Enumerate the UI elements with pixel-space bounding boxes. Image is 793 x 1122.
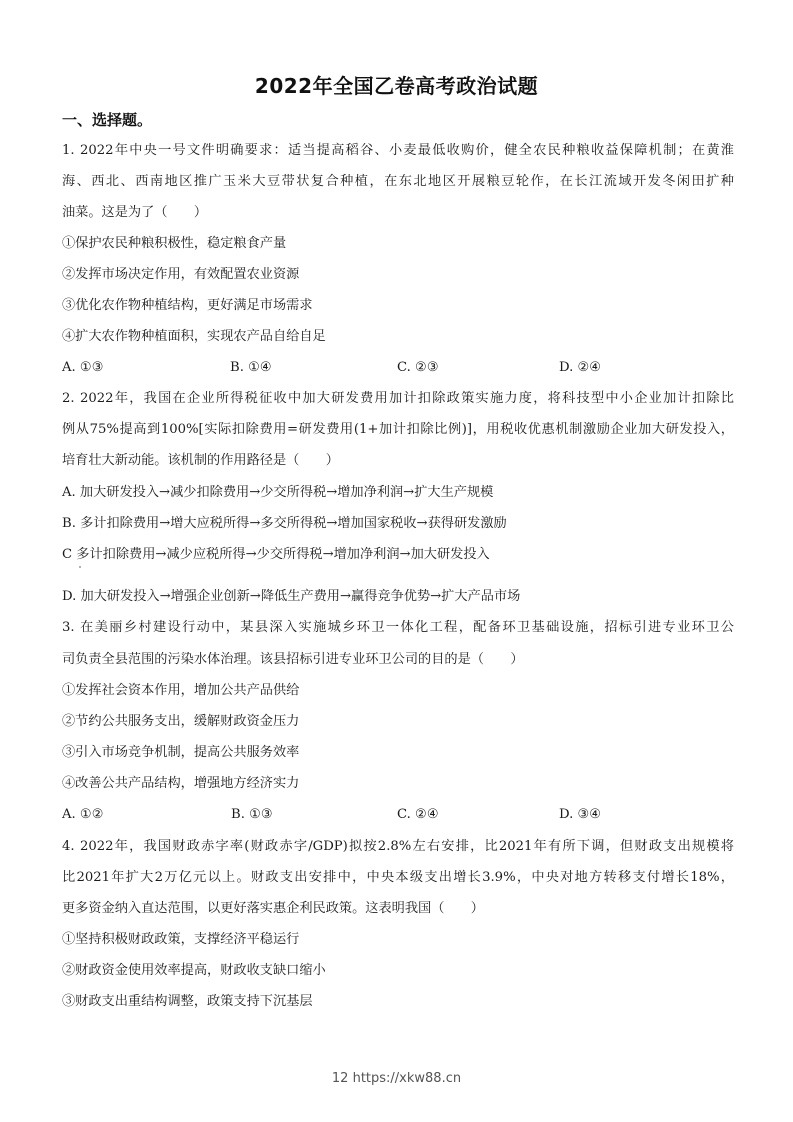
answer-options: A. ①② B. ①③ C. ②④ D. ③④ bbox=[62, 806, 734, 824]
option-c[interactable]: C. ②④ bbox=[397, 806, 439, 824]
option-d[interactable]: D. 加大研发投入→增强企业创新→降低生产费用→赢得竞争优势→扩大产品市场 bbox=[62, 588, 734, 606]
statement-1: ①发挥社会资本作用，增加公共产品供给 bbox=[62, 682, 734, 700]
question-stem-line: 例从75%提高到100%[实际扣除费用=研发费用(1+加计扣除比例)]，用税收优… bbox=[62, 421, 734, 439]
section-heading: 一、选择题。 bbox=[62, 109, 152, 130]
statement-4: ④改善公共产品结构，增强地方经济实力 bbox=[62, 775, 734, 793]
option-c[interactable]: C. ②③ bbox=[397, 359, 439, 377]
option-b[interactable]: B. 多计扣除费用→增大应税所得→多交所得税→增加国家税收→获得研发激励 bbox=[62, 515, 734, 533]
option-d[interactable]: D. ③④ bbox=[559, 806, 601, 824]
statement-3: ③优化农作物种植结构，更好满足市场需求 bbox=[62, 297, 734, 315]
statement-3: ③引入市场竞争机制，提高公共服务效率 bbox=[62, 744, 734, 762]
footer-text: 12 https://xkw88.cn bbox=[332, 1071, 461, 1086]
option-c[interactable]: C 多计扣除费用→减少应税所得→少交所得税→增加净利润→加大研发投入 bbox=[62, 546, 734, 564]
option-a[interactable]: A. ①② bbox=[62, 806, 104, 824]
statement-1: ①坚持积极财政政策，支撑经济平稳运行 bbox=[62, 931, 734, 949]
page-footer: 12 https://xkw88.cn bbox=[0, 1071, 793, 1086]
question-stem-line: 海、西北、西南地区推广玉米大豆带状复合种植，在东北地区开展粮豆轮作，在长江流域开… bbox=[62, 173, 734, 191]
question-stem-line: 1. 2022年中央一号文件明确要求：适当提高稻谷、小麦最低收购价，健全农民种粮… bbox=[62, 142, 734, 160]
answer-options: A. ①③ B. ①④ C. ②③ D. ②④ bbox=[62, 359, 734, 377]
option-a[interactable]: A. 加大研发投入→减少扣除费用→少交所得税→增加净利润→扩大生产规模 bbox=[62, 484, 734, 502]
question-stem-line: 培育壮大新动能。该机制的作用路径是（ ） bbox=[62, 452, 734, 470]
question-stem-line: 4. 2022年，我国财政赤字率(财政赤字/GDP)拟按2.8%左右安排，比20… bbox=[62, 838, 734, 856]
statement-4: ④扩大农作物种植面积，实现农产品自给自足 bbox=[62, 328, 734, 346]
question-stem-line: 油菜。这是为了（ ） bbox=[62, 204, 734, 222]
option-d[interactable]: D. ②④ bbox=[559, 359, 601, 377]
statement-2: ②节约公共服务支出，缓解财政资金压力 bbox=[62, 713, 734, 731]
question-stem-line: 2. 2022年，我国在企业所得税征收中加大研发费用加计扣除政策实施力度，将科技… bbox=[62, 390, 734, 408]
option-b[interactable]: B. ①③ bbox=[231, 806, 273, 824]
statement-2: ②发挥市场决定作用，有效配置农业资源 bbox=[62, 266, 734, 284]
question-stem-line: 比2021年扩大2万亿元以上。财政支出安排中，中央本级支出增长3.9%，中央对地… bbox=[62, 869, 734, 887]
exam-page: 2022年全国乙卷高考政治试题 一、选择题。 1. 2022年中央一号文件明确要… bbox=[0, 0, 793, 1122]
stray-dot bbox=[79, 566, 81, 568]
question-stem-line: 3. 在美丽乡村建设行动中，某县深入实施城乡环卫一体化工程，配备环卫基础设施，招… bbox=[62, 619, 734, 637]
statement-2: ②财政资金使用效率提高，财政收支缺口缩小 bbox=[62, 962, 734, 980]
question-stem-line: 司负责全县范围的污染水体治理。该县招标引进专业环卫公司的目的是（ ） bbox=[62, 651, 734, 669]
document-title: 2022年全国乙卷高考政治试题 bbox=[0, 70, 793, 99]
option-b[interactable]: B. ①④ bbox=[230, 359, 272, 377]
statement-1: ①保护农民种粮积极性，稳定粮食产量 bbox=[62, 235, 734, 253]
statement-3: ③财政支出重结构调整，政策支持下沉基层 bbox=[62, 993, 734, 1011]
option-a[interactable]: A. ①③ bbox=[62, 359, 104, 377]
question-stem-line: 更多资金纳入直达范围，以更好落实惠企利民政策。这表明我国（ ） bbox=[62, 900, 734, 918]
